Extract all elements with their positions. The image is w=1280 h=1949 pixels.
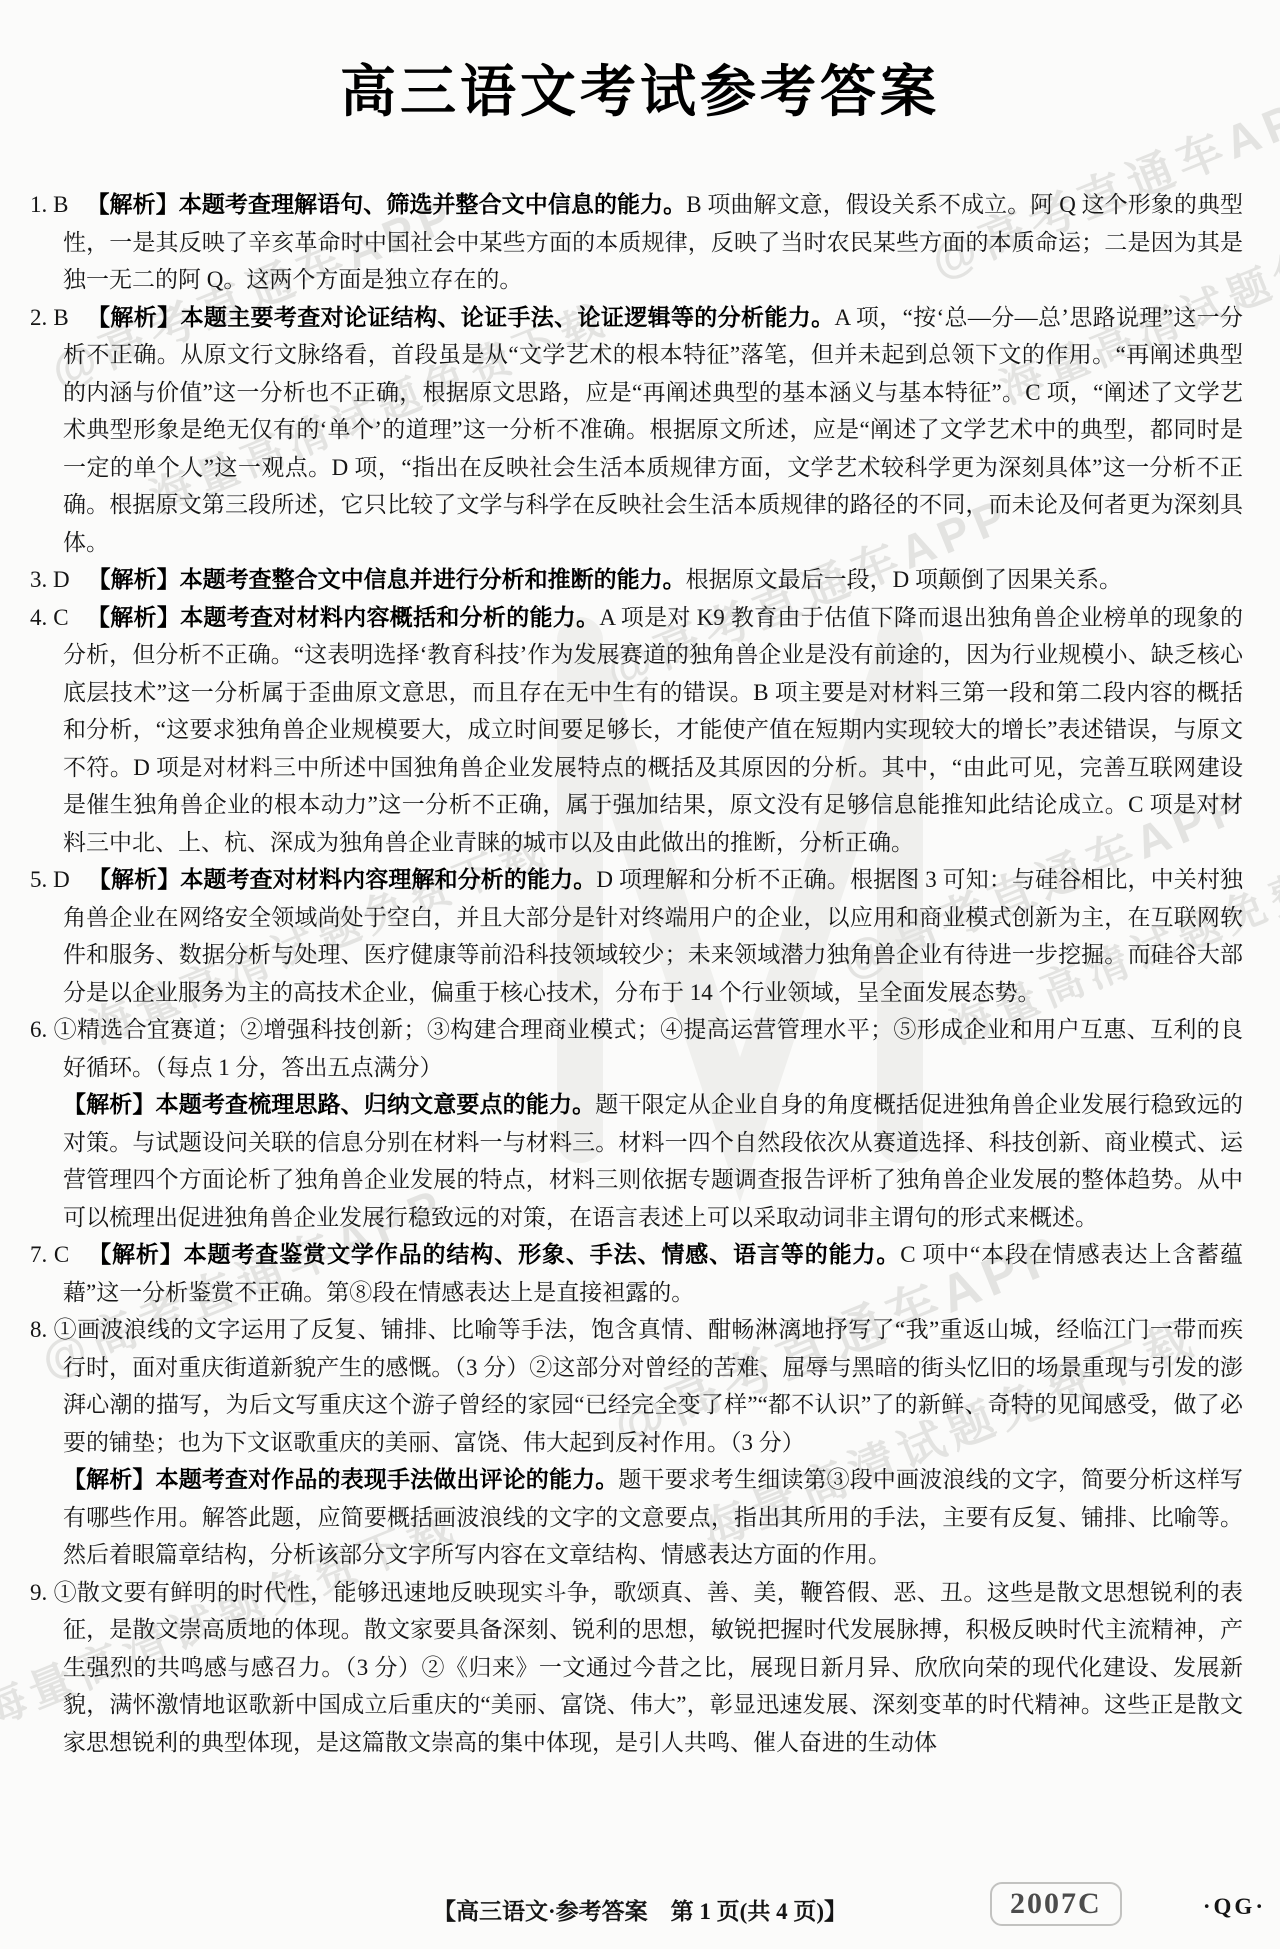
item-number: 2. B [30, 305, 69, 330]
answer-text: ①散文要有鲜明的时代性，能够迅速地反映现实斗争，歌颂真、善、美，鞭笞假、恶、丑。… [53, 1580, 1243, 1755]
analysis-paragraph: 【解析】本题考查对作品的表现手法做出评论的能力。题干要求考生细读第③段中画波浪线… [30, 1461, 1243, 1574]
analysis-label: 【解析】本题考查对作品的表现手法做出评论的能力。 [63, 1466, 618, 1492]
analysis-label: 【解析】本题考查整合文中信息并进行分析和推断的能力。 [88, 566, 686, 592]
answer-item: 4. C【解析】本题考查对材料内容概括和分析的能力。A 项是对 K9 教育由于估… [30, 599, 1243, 862]
item-number: 4. C [30, 605, 69, 630]
answer-text: ①画波浪线的文字运用了反复、铺排、比喻等手法，饱含真情、酣畅淋漓地抒写了“我”重… [53, 1317, 1243, 1455]
item-number: 8. [30, 1317, 47, 1342]
answers: 1. B【解析】本题考查理解语句、筛选并整合文中信息的能力。B 项曲解文意，假设… [30, 186, 1243, 1761]
analysis-label: 【解析】本题考查对材料内容概括和分析的能力。 [87, 604, 600, 630]
page-title: 高三语文考试参考答案 [0, 0, 1280, 128]
item-number: 5. D [30, 867, 70, 892]
analysis-label: 【解析】本题考查鉴赏文学作品的结构、形象、手法、情感、语言等的能力。 [87, 1241, 900, 1267]
analysis-paragraph: 【解析】本题考查梳理思路、归纳文意要点的能力。题干限定从企业自身的角度概括促进独… [30, 1086, 1243, 1236]
answer-item: 6.①精选合宜赛道；②增强科技创新；③构建合理商业模式；④提高运营管理水平；⑤形… [30, 1011, 1243, 1086]
answer-text: 根据原文最后一段，D 项颠倒了因果关系。 [686, 567, 1122, 592]
analysis-label: 【解析】本题考查梳理思路、归纳文意要点的能力。 [63, 1091, 595, 1117]
answer-item: 8.①画波浪线的文字运用了反复、铺排、比喻等手法，饱含真情、酣畅淋漓地抒写了“我… [30, 1311, 1243, 1461]
item-number: 3. D [30, 567, 70, 592]
answer-text: ①精选合宜赛道；②增强科技创新；③构建合理商业模式；④提高运营管理水平；⑤形成企… [53, 1017, 1243, 1080]
answer-item: 5. D【解析】本题考查对材料内容理解和分析的能力。D 项理解和分析不正确。根据… [30, 861, 1243, 1011]
footer-edition-mark: ·QG· [1203, 1894, 1266, 1920]
item-number: 6. [30, 1017, 47, 1042]
item-number: 9. [30, 1580, 47, 1605]
answer-item: 9.①散文要有鲜明的时代性，能够迅速地反映现实斗争，歌颂真、善、美，鞭笞假、恶、… [30, 1574, 1243, 1762]
answer-text: A 项，“按‘总—分—总’思路说理”这一分析不正确。从原文行文脉络看，首段虽是从… [63, 305, 1243, 555]
item-number: 7. C [30, 1242, 69, 1267]
paper-code-badge: 2007C [990, 1882, 1122, 1926]
answer-item: 3. D【解析】本题考查整合文中信息并进行分析和推断的能力。根据原文最后一段，D… [30, 561, 1243, 599]
answer-item: 7. C【解析】本题考查鉴赏文学作品的结构、形象、手法、情感、语言等的能力。C … [30, 1236, 1243, 1311]
analysis-label: 【解析】本题主要考查对论证结构、论证手法、论证逻辑等的分析能力。 [87, 304, 835, 330]
answer-text: A 项是对 K9 教育由于估值下降而退出独角兽企业榜单的现象的分析，但分析不正确… [63, 605, 1243, 855]
footer-page-info: 【高三语文·参考答案 第 1 页(共 4 页)】 [433, 1893, 847, 1926]
exam-answer-page: @高考直通车APP海量高清试题免费下载@高考直通车APP海量高清试题免费下载@高… [0, 0, 1280, 1949]
item-number: 1. B [30, 192, 68, 217]
analysis-label: 【解析】本题考查对材料内容理解和分析的能力。 [88, 866, 597, 892]
answer-item: 1. B【解析】本题考查理解语句、筛选并整合文中信息的能力。B 项曲解文意，假设… [30, 186, 1243, 299]
analysis-label: 【解析】本题考查理解语句、筛选并整合文中信息的能力。 [86, 191, 686, 217]
answer-item: 2. B【解析】本题主要考查对论证结构、论证手法、论证逻辑等的分析能力。A 项，… [30, 299, 1243, 562]
